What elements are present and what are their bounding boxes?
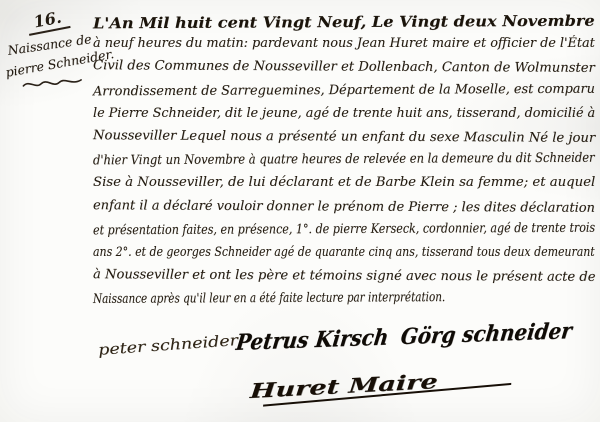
signature-mayor: Huret Maire	[249, 369, 438, 403]
record-text: L'An Mil huit cent Vingt Neuf, Le Vingt …	[93, 13, 595, 314]
manuscript-line: et présentation faites, en présence, 1°.…	[93, 220, 595, 246]
manuscript-line: à neuf heures du matin: pardevant nous J…	[93, 36, 595, 59]
manuscript-line: ans 2°. et de georges Schneider agé de q…	[93, 245, 595, 268]
signature-witness-2: Görg schneider	[399, 318, 573, 350]
manuscript-line: d'hier Vingt un Novembre à quatre heures…	[93, 151, 595, 177]
signature-witness-1: Petrus Kirsch	[234, 324, 389, 355]
manuscript-line: enfant il a déclaré vouloir donner le pr…	[93, 198, 595, 224]
margin-note: 16. Naissance de pierre Schneider.	[1, 7, 98, 95]
flourish-icon	[21, 74, 84, 90]
manuscript-line: Nousseviller Lequel nous a présenté un e…	[93, 128, 595, 154]
signature-father: peter schneider	[98, 331, 239, 359]
manuscript-line: à Nousseviller et ont les père et témoin…	[93, 267, 595, 293]
manuscript-line: Sise à Nousseviller, de lui déclarant et…	[93, 175, 595, 198]
record-number: 16.	[25, 6, 70, 36]
manuscript-line: Civil des Communes de Nousseviller et Do…	[93, 59, 595, 85]
manuscript-line: Naissance après qu'il leur en a été fait…	[93, 290, 445, 315]
manuscript-line: L'An Mil huit cent Vingt Neuf, Le Vingt …	[93, 12, 595, 38]
scanned-birth-record: 16. Naissance de pierre Schneider. L'An …	[0, 0, 600, 422]
signature-witnesses: Petrus KirschGörg schneider	[234, 318, 573, 356]
manuscript-line: Arrondissement de Sarreguemines, Départe…	[93, 81, 595, 107]
manuscript-line: le Pierre Schneider, dit le jeune, agé d…	[93, 106, 595, 129]
